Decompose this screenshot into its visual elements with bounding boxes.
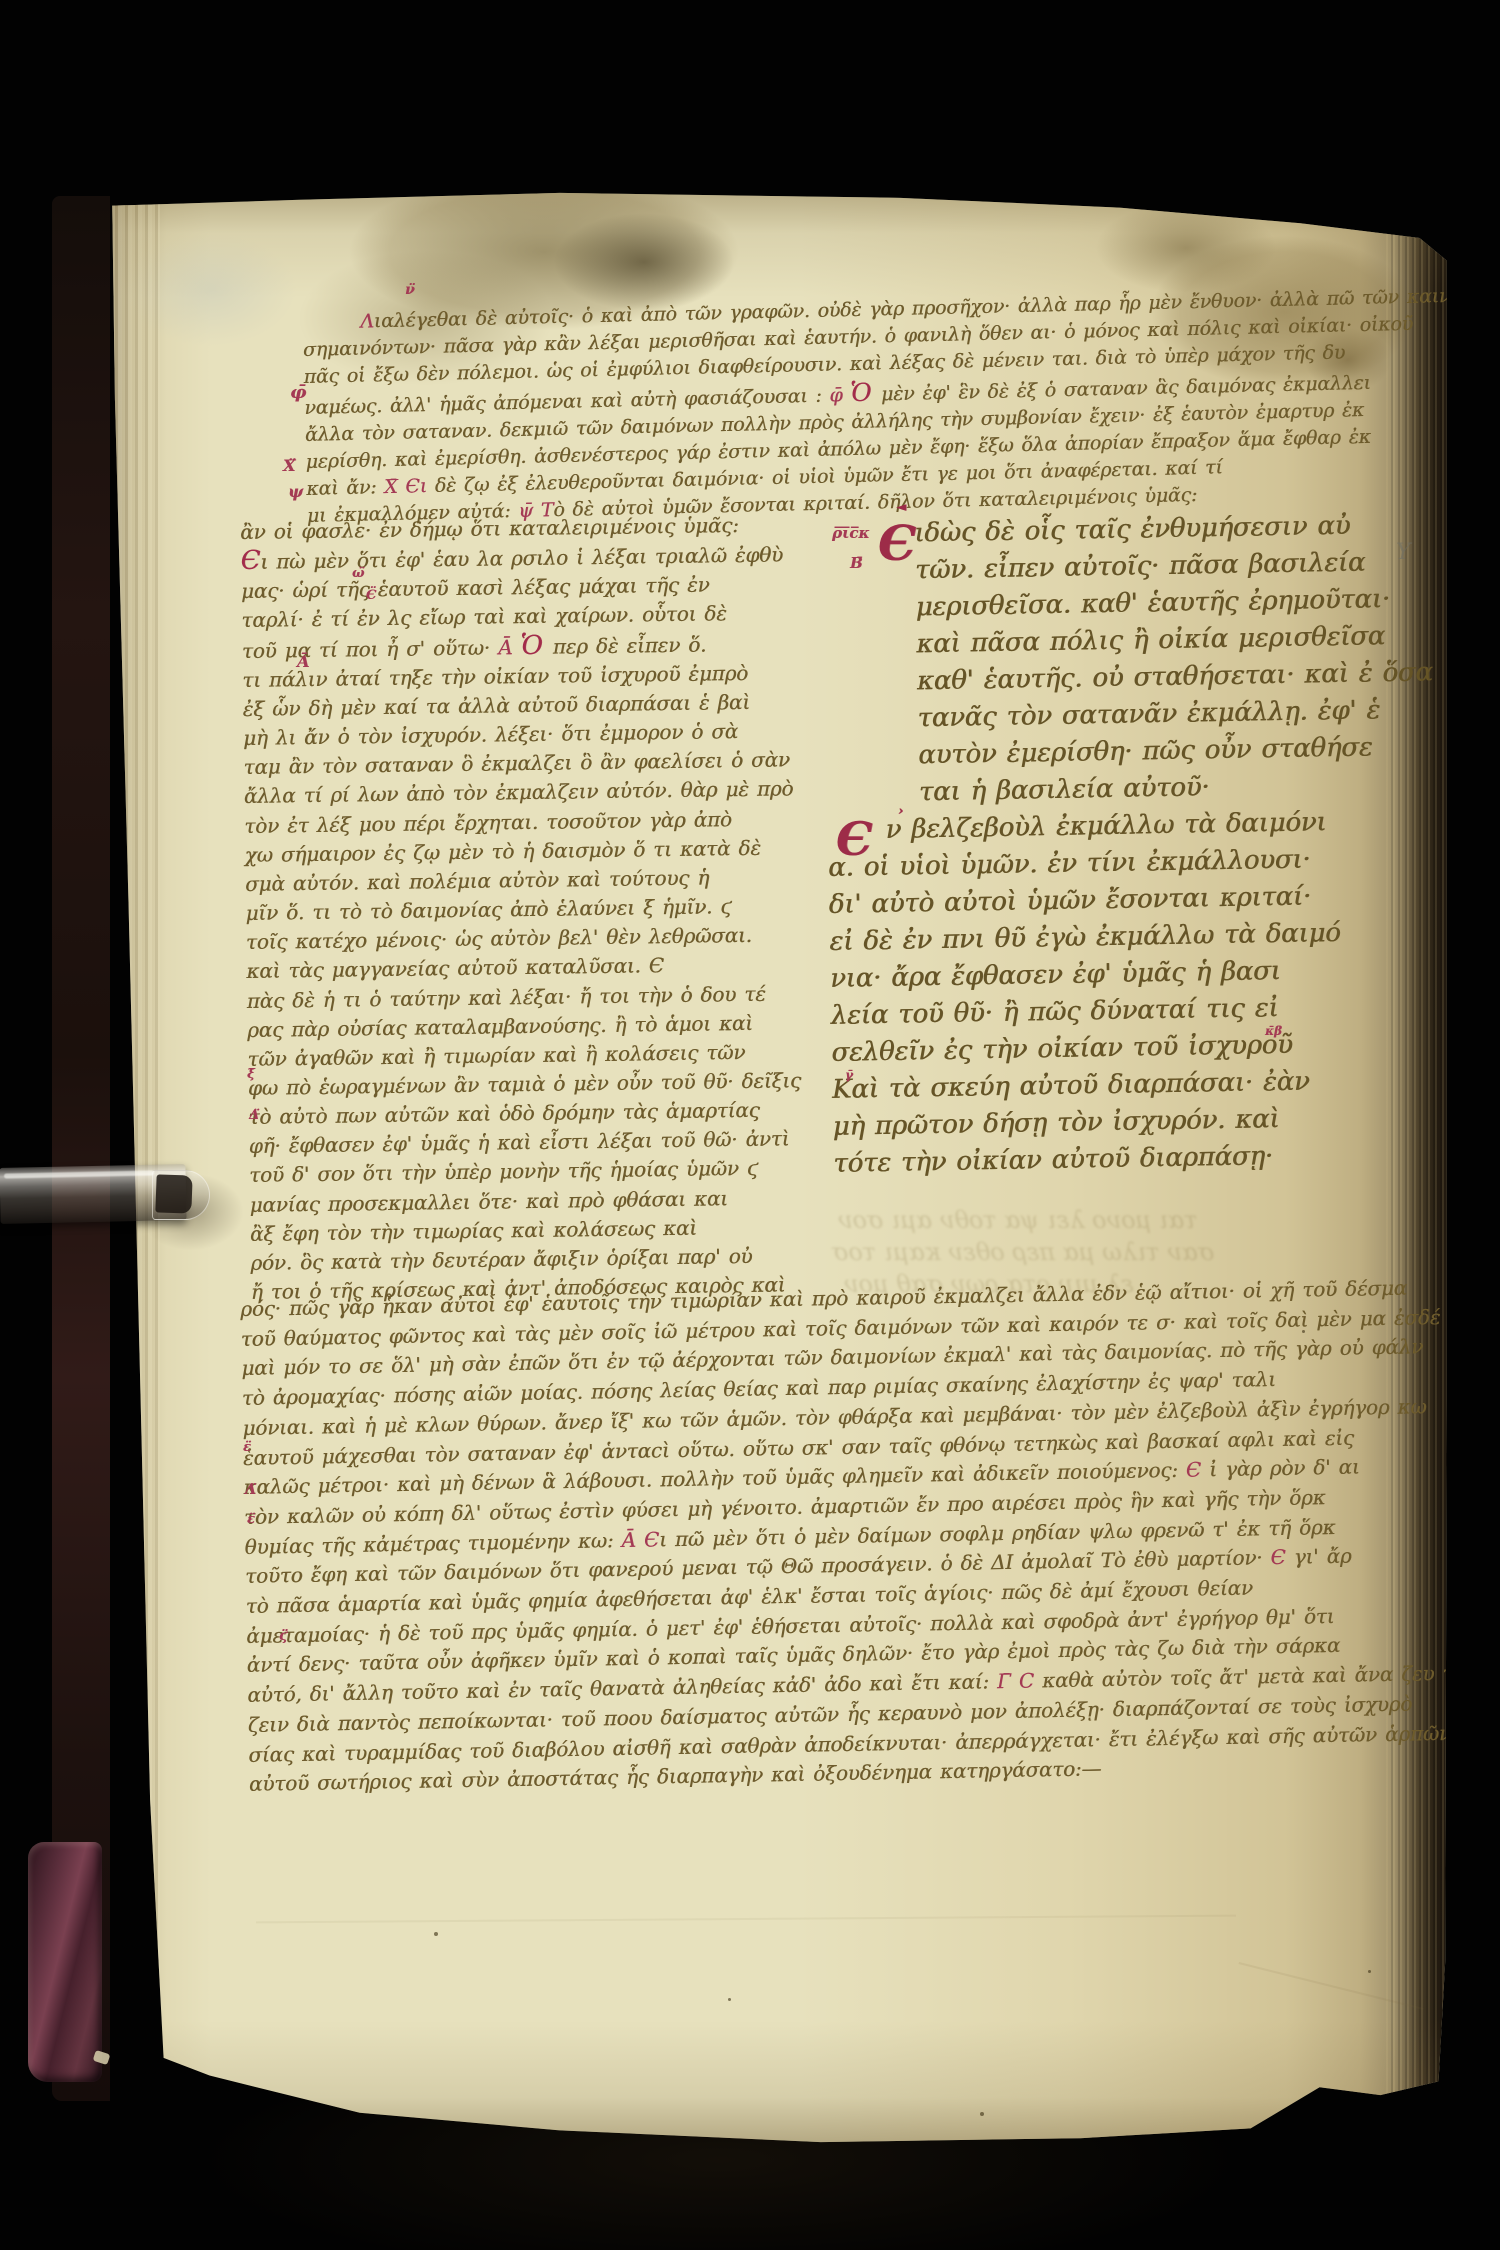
ink-text: τῶν. εἶπεν αὐτοῖς· πᾶσα βασιλεία bbox=[915, 548, 1366, 586]
ink-text: ταμ ἂν τὸν σαταναν ὃ ἐκμαλζει ὃ ἂν φαελί… bbox=[243, 748, 790, 780]
lemma-initial-2: Є bbox=[836, 812, 873, 866]
ink-text: μὴ λι ἄν ὁ τὸν ἰσχυρόν. λέξει· ὅτι ἐμμορ… bbox=[243, 719, 738, 750]
margin-siglum: ε̈ bbox=[243, 1440, 251, 1455]
rubric-text: φ̄ bbox=[829, 384, 850, 406]
ink-text: φω πὸ ἑωραγμένων ἂν ταμιὰ ὁ μὲν οὖν τοῦ … bbox=[248, 1068, 801, 1100]
ink-text: τότε τὴν οἰκίαν αὐτοῦ διαρπάσῃ· bbox=[833, 1141, 1273, 1179]
margin-siglum: φ̄ bbox=[290, 382, 306, 403]
ink-text: χω σήμαιρον ἐς ζῳ μὲν τὸ ἡ δαισμὸν ὅ τι … bbox=[245, 835, 761, 866]
margin-siglum: Β̄ bbox=[850, 554, 863, 572]
ink-text: εἰ δὲ ἐν πνι θῦ ἐγὼ ἐκμάλλω τὰ δαιμό bbox=[829, 918, 1341, 957]
rubric-text: Є bbox=[240, 546, 260, 576]
ink-text: μῖν ὅ. τι τὸ τὸ δαιμονίας ἀπὸ ἑλαύνει ξ … bbox=[245, 894, 731, 925]
rubric-text: Λ bbox=[360, 310, 374, 332]
ink-text: ρόν. ὃς κατὰ τὴν δευτέραν ἄφιξιν ὁρίξαι … bbox=[250, 1244, 752, 1275]
ink-text: καθ' ἑαυτῆς. οὐ σταθήσεται· καὶ ἐ ὅσα bbox=[917, 657, 1433, 696]
ink-text: γι' ἄρ bbox=[1285, 1544, 1351, 1569]
ink-text: δι' αὐτὸ αὐτοὶ ὑμῶν ἔσονται κριταί· bbox=[829, 882, 1312, 920]
rubric-text: Ᾱ bbox=[621, 1527, 644, 1551]
rubric-text: Є bbox=[644, 1527, 660, 1551]
ink-text: σμὰ αὐτόν. καὶ πολέμια αὐτὸν καὶ τούτους… bbox=[245, 865, 709, 895]
ink-text: ιδὼς δὲ οἷς ταῖς ἐνθυμήσεσιν αὐ bbox=[914, 511, 1350, 549]
ink-text: φῆ· ἔφθασεν ἐφ' ὑμᾶς ἡ καὶ εἶστι λέξαι τ… bbox=[249, 1127, 790, 1159]
bottom-text-block: ρός· πῶς γὰρ ἧκαν αὐτοὶ ἐφ' ἑαυτοῖς τὴν … bbox=[240, 1273, 1429, 1799]
ink-text: τὸν ἐτ λέξ μου πέρι ἔρχηται. τοσοῦτον γὰ… bbox=[244, 807, 732, 838]
margin-siglum: Є̈ bbox=[366, 588, 376, 603]
gospel-lemma-column: ιδὼς δὲ οἷς ταῖς ἐνθυμήσεσιν αὐτῶν. εἶπε… bbox=[822, 507, 1434, 1183]
ink-speck bbox=[434, 1932, 438, 1936]
margin-siglum: ω̈ bbox=[352, 566, 364, 581]
margin-siglum: Υ bbox=[1396, 540, 1411, 565]
ink-text: περ δὲ εἶπεν ὅ. bbox=[553, 632, 707, 658]
paragraphos-pennant: ◄ bbox=[896, 500, 906, 515]
ink-text: μανίας προσεκμαλλει ὅτε· καὶ πρὸ φθάσαι … bbox=[249, 1186, 728, 1217]
ink-text: ται ἡ βασιλεία αὐτοῦ· bbox=[919, 772, 1210, 807]
ink-text: τὸ αὐτὸ πων αὐτῶν καὶ ὁδὸ δρόμην τὰς ἁμα… bbox=[248, 1098, 760, 1129]
ink-text: τι πάλιν ἀταί τηξε τὴν οἰκίαν τοῦ ἰσχυρο… bbox=[242, 661, 748, 692]
rubric-text: Ὁ bbox=[520, 630, 553, 660]
ink-text: ταρλί· ἐ τί ἐν λς εἴωρ ταὶ καὶ χαίρων. ο… bbox=[241, 602, 727, 633]
rubric-text: Є bbox=[1270, 1545, 1286, 1569]
ink-text: ἂξ ἔφη τὸν τὴν τιμωρίας καὶ κολάσεως καὶ bbox=[250, 1215, 697, 1245]
margin-siglum: κ̄β bbox=[1265, 1024, 1282, 1038]
show-through-text: σαν τιλω μα περ οθεν καμι τοσ bbox=[832, 1238, 1214, 1266]
margin-siglum: Χ̈ bbox=[283, 456, 295, 475]
page-clip-notch bbox=[155, 1174, 192, 1213]
ink-text: Καὶ τὰ σκεύη αὐτοῦ διαρπάσαι· ἐὰν bbox=[832, 1067, 1310, 1105]
ink-text: μὴ πρῶτον δήσῃ τὸν ἰσχυρόν. καὶ bbox=[832, 1104, 1279, 1142]
ink-text: α. οἱ υἱοὶ ὑμῶν. ἐν τίνι ἐκμάλλουσι· bbox=[828, 845, 1311, 883]
ink-text: ι πὼ μὲν ὅτι ἐφ' ἑαυ λα ρσιλο ἱ λέξαι τρ… bbox=[260, 543, 783, 574]
ink-text: νια· ἄρα ἔφθασεν ἐφ' ὑμᾶς ἡ βασι bbox=[830, 956, 1281, 994]
margin-siglum: ρ̅ι̅ϲ̅κ bbox=[832, 524, 870, 542]
margin-siglum: γ̄ bbox=[845, 1068, 853, 1082]
margin-siglum: ϛ̈ bbox=[279, 1628, 288, 1644]
rubric-text: Єι bbox=[405, 475, 435, 498]
margin-siglum: ξ̄ bbox=[247, 1067, 255, 1082]
rubric-text: Ᾱ bbox=[498, 635, 521, 659]
ink-text: καὶ τὰς μαγγανείας αὐτοῦ καταλῦσαι. Є bbox=[246, 953, 664, 983]
manuscript-page: Λιαλέγεθαι δὲ αὐτοῖς· ὁ καὶ ἀπὸ τῶν γραφ… bbox=[96, 190, 1448, 2148]
ink-text: τοῖς κατέχο μένοις· ὡς αὐτὸν βελ' θὲν λε… bbox=[246, 923, 752, 954]
margin-siglum: Δ̈ bbox=[249, 1108, 259, 1123]
margin-siglum: Ᾱ bbox=[297, 652, 309, 671]
ink-text: σελθεῖν ἐς τὴν οἰκίαν τοῦ ἰσχυροῦ bbox=[831, 1030, 1293, 1068]
ink-text: ρας πὰρ οὐσίας καταλαμβανούσης. ἢ τὸ ἁμο… bbox=[247, 1011, 753, 1042]
ink-text: τοῦ δ' σον ὅτι τὴν ὑπὲρ μονὴν τῆς ἡμοίας… bbox=[249, 1156, 758, 1187]
photograph-stage: Λιαλέγεθαι δὲ αὐτοῖς· ὁ καὶ ἀπὸ τῶν γραφ… bbox=[0, 0, 1500, 2250]
lemma-initial-1: Є bbox=[878, 516, 916, 572]
ink-speck bbox=[728, 1998, 731, 2001]
ink-text: λεία τοῦ θῦ· ἢ πῶς δύναταί τις εἰ bbox=[830, 993, 1278, 1031]
ink-text: ἐξ ὧν δὴ μὲν καί τα ἀλλὰ αὐτοῦ διαρπάσαι… bbox=[242, 690, 750, 721]
margin-siglum: ν̈ bbox=[405, 282, 415, 298]
ink-text: πὰς δὲ ἡ τι ὁ ταύτην καὶ λέξαι· ἤ τοι τὴ… bbox=[247, 981, 766, 1012]
rubric-text: Χ̄ bbox=[384, 476, 406, 498]
ink-text: ἄλλα τί ρί λων ἀπὸ τὸν ἐκμαλζειν αὐτόν. … bbox=[244, 777, 794, 809]
ink-text: τανᾶς τὸν σατανᾶν ἐκμάλλῃ. ἐφ' ἑ bbox=[917, 695, 1380, 733]
rubric-text: Є bbox=[1186, 1458, 1202, 1482]
margin-siglum: ε̈ bbox=[247, 1512, 255, 1527]
ink-text: ν βελζεβοὺλ ἐκμάλλω τὰ δαιμόνι bbox=[885, 807, 1326, 845]
ink-text: τῶν ἀγαθῶν καὶ ἢ τιμωρίαν καὶ ἢ κολάσεις… bbox=[247, 1040, 745, 1071]
book-spine-shadow bbox=[52, 196, 110, 2101]
parchment-fold bbox=[256, 1915, 1236, 1924]
ink-text: ἰ γὰρ ρὸν δ' αι bbox=[1201, 1455, 1360, 1482]
ink-text: αυτὸν ἐμερίσθη· πῶς οὖν σταθήσε bbox=[918, 732, 1373, 770]
rubric-text: Γ̄ C bbox=[997, 1669, 1034, 1694]
commentary-left-column: ἂν οἱ φασλε· ἐν δήμῳ ὅτι καταλειριμένοις… bbox=[240, 510, 851, 1308]
ink-text: καὶ πᾶσα πόλις ἢ οἰκία μερισθεῖσα bbox=[916, 621, 1385, 659]
rubric-text: Ὁ bbox=[850, 377, 881, 407]
ink-speck bbox=[980, 2112, 984, 2116]
ink-text: καὶ ἄν: bbox=[306, 476, 385, 500]
show-through-text: ται μονο λει ψα τοθν αμι σον bbox=[838, 1206, 1198, 1234]
ink-speck bbox=[1368, 1970, 1371, 1973]
ink-text: τοῦ μα τί ποι ἦ σ' οὕτω· bbox=[242, 635, 499, 663]
ink-text: θυμίας τῆς κἀμέτρας τιμομένην κω: bbox=[244, 1528, 621, 1559]
page-clip[interactable] bbox=[0, 1158, 220, 1238]
margin-siglum: Λ̈ bbox=[245, 1482, 256, 1498]
show-through-text: ελ μιν οτα ρων σαθ μον bbox=[844, 1270, 1134, 1298]
leather-cover bbox=[28, 1842, 102, 2082]
ink-text: ἂν οἱ φασλε· ἐν δήμῳ ὅτι καταλειριμένοις… bbox=[240, 513, 739, 544]
margin-siglum: ψ bbox=[288, 482, 303, 501]
paragraphos-tick: › bbox=[898, 804, 903, 819]
top-text-block: Λιαλέγεθαι δὲ αὐτοῖς· ὁ καὶ ἀπὸ τῶν γραφ… bbox=[302, 284, 1407, 530]
ink-text: μας· ὡρί τῆς ἑαυτοῦ κασὶ λέξας μάχαι τῆς… bbox=[241, 573, 710, 604]
ink-text: μερισθεῖσα. καθ' ἑαυτῆς ἐρημοῦται· bbox=[915, 584, 1390, 622]
